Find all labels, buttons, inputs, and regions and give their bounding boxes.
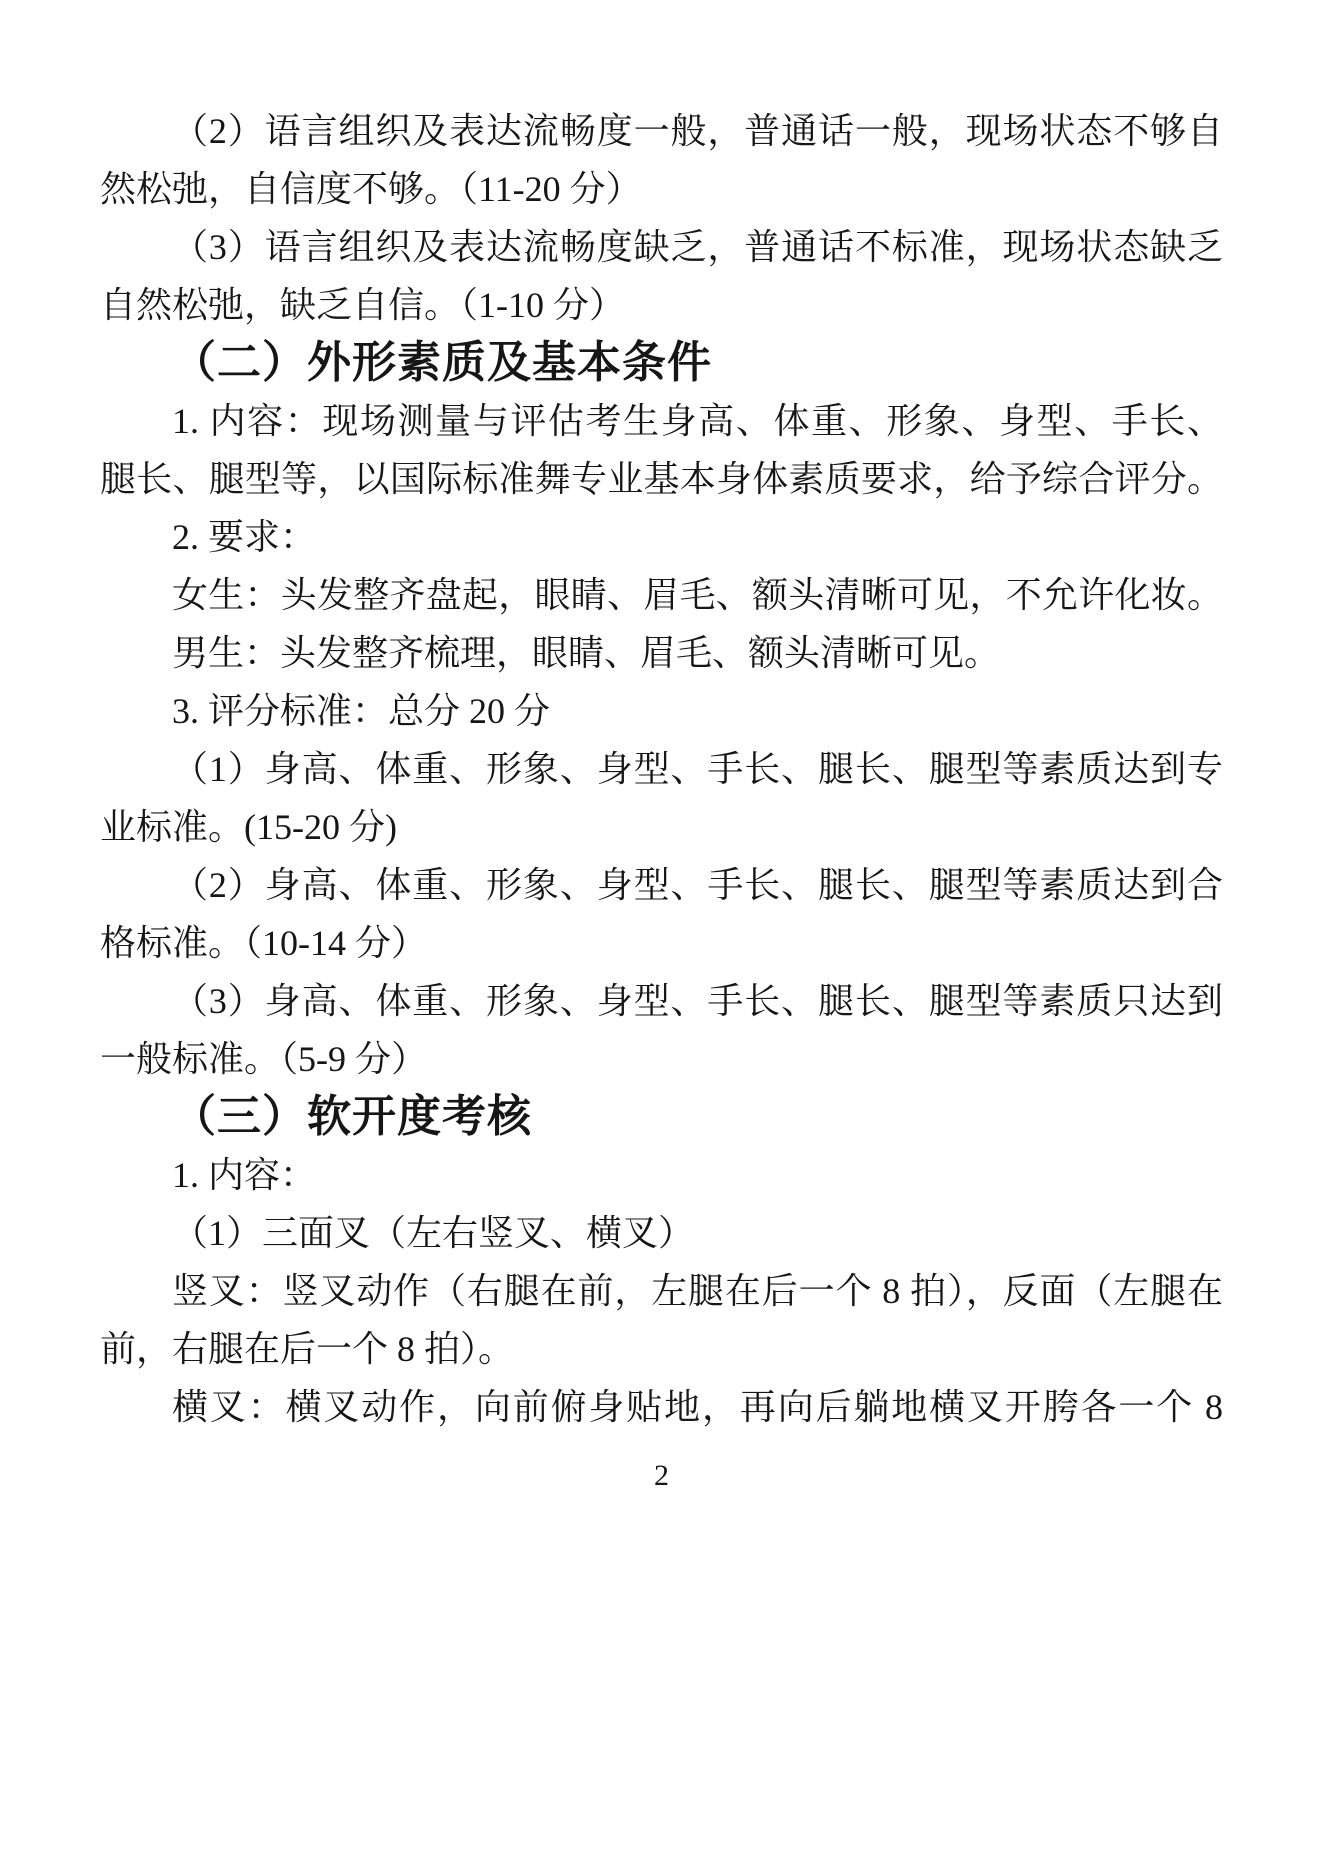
text-line: 横叉：横叉动作，向前俯身贴地，再向后躺地横叉开胯各一个 8 — [100, 1378, 1223, 1436]
text-line: （3）身高、体重、形象、身型、手长、腿长、腿型等素质只达到 — [100, 972, 1223, 1030]
text-line: （2）身高、体重、形象、身型、手长、腿长、腿型等素质达到合 — [100, 856, 1223, 914]
text-line: （1）身高、体重、形象、身型、手长、腿长、腿型等素质达到专 — [100, 740, 1223, 798]
text-line: 男生：头发整齐梳理，眼睛、眉毛、额头清晰可见。 — [100, 624, 1223, 682]
text-line: 3. 评分标准：总分 20 分 — [100, 682, 1223, 740]
text-line: 格标准。（10-14 分） — [100, 914, 1223, 972]
text-line: （2）语言组织及表达流畅度一般，普通话一般，现场状态不够自 — [100, 102, 1223, 160]
text-line: （1）三面叉（左右竖叉、横叉） — [100, 1204, 1223, 1262]
text-line: 然松弛，自信度不够。（11-20 分） — [100, 160, 1223, 218]
text-line: 前，右腿在后一个 8 拍）。 — [100, 1320, 1223, 1378]
text-line: 一般标准。（5-9 分） — [100, 1030, 1223, 1088]
text-line: 竖叉：竖叉动作（右腿在前，左腿在后一个 8 拍），反面（左腿在 — [100, 1262, 1223, 1320]
document-page: （2）语言组织及表达流畅度一般，普通话一般，现场状态不够自 然松弛，自信度不够。… — [0, 0, 1323, 1871]
text-line: 腿长、腿型等，以国际标准舞专业基本身体素质要求，给予综合评分。 — [100, 450, 1223, 508]
text-line: 女生：头发整齐盘起，眼睛、眉毛、额头清晰可见，不允许化妆。 — [100, 566, 1223, 624]
text-line: 1. 内容：现场测量与评估考生身高、体重、形象、身型、手长、 — [100, 392, 1223, 450]
page-number: 2 — [0, 1456, 1323, 1496]
text-line: 业标准。(15-20 分) — [100, 798, 1223, 856]
section-heading: （二）外形素质及基本条件 — [100, 334, 1223, 392]
document-body: （2）语言组织及表达流畅度一般，普通话一般，现场状态不够自 然松弛，自信度不够。… — [100, 102, 1223, 1436]
text-line: （3）语言组织及表达流畅度缺乏，普通话不标准，现场状态缺乏 — [100, 218, 1223, 276]
text-line: 自然松弛，缺乏自信。（1-10 分） — [100, 276, 1223, 334]
text-line: 2. 要求： — [100, 508, 1223, 566]
section-heading: （三）软开度考核 — [100, 1088, 1223, 1146]
text-line: 1. 内容： — [100, 1146, 1223, 1204]
